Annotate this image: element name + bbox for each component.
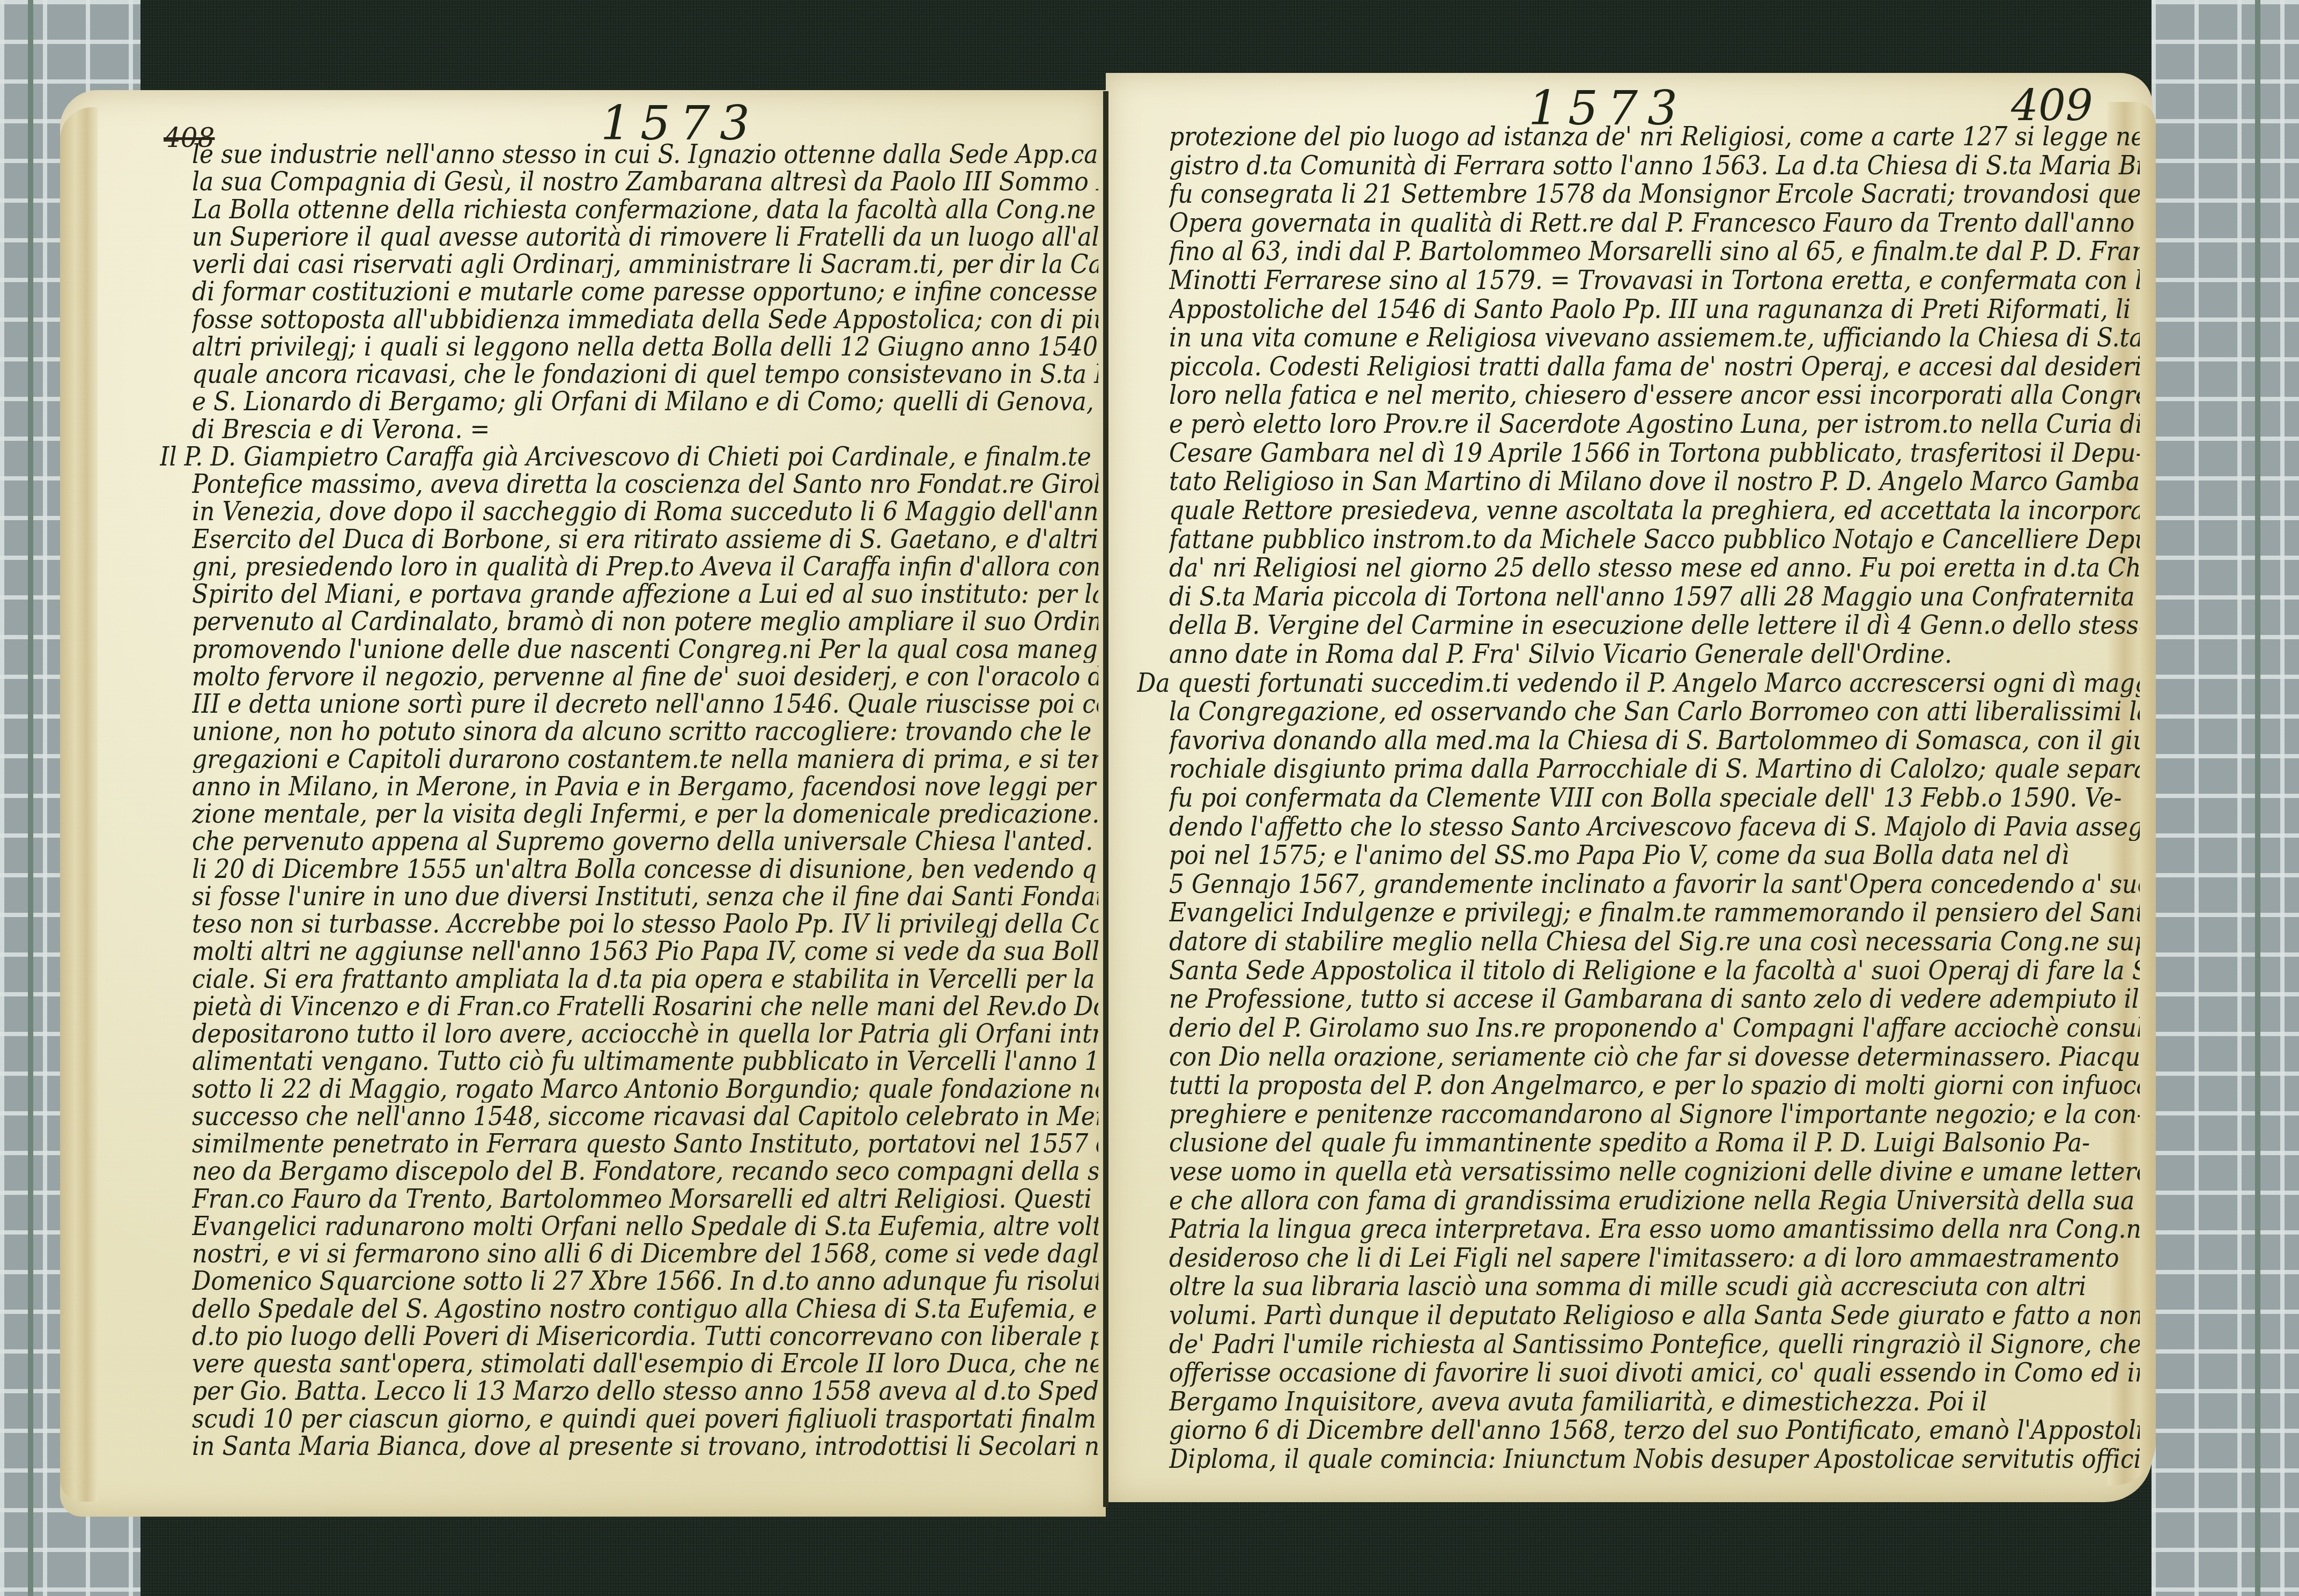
manuscript-line: la Congregazione, ed osservando che San … <box>1169 697 2140 726</box>
manuscript-line: Appostoliche del 1546 di Santo Paolo Pp.… <box>1169 295 2140 324</box>
manuscript-line-text: dendo l'affetto che lo stesso Santo Arci… <box>1169 812 2140 841</box>
manuscript-line-text: tato Religioso in San Martino di Milano … <box>1169 467 2140 496</box>
manuscript-line: offerisse occasione di favorire li suoi … <box>1169 1358 2140 1387</box>
manuscript-line: vese uomo in quella età versatissimo nel… <box>1169 1157 2140 1186</box>
manuscript-line: piccola. Codesti Religiosi tratti dalla … <box>1169 352 2140 381</box>
manuscript-line-text: neo da Bergamo discepolo del B. Fondator… <box>192 1157 1098 1185</box>
manuscript-line: preghiere e penitenze raccomandarono al … <box>1169 1100 2140 1129</box>
manuscript-line-text: in Santa Maria Bianca, dove al presente … <box>192 1432 1098 1460</box>
manuscript-line: datore di stabilire meglio nella Chiesa … <box>1169 927 2140 956</box>
manuscript-line-text: 5 Gennajo 1567, grandemente inclinato a … <box>1169 870 2140 899</box>
manuscript-line-text: datore di stabilire meglio nella Chiesa … <box>1169 927 2140 956</box>
manuscript-line: teso non si turbasse. Accrebbe poi lo st… <box>192 910 1098 937</box>
manuscript-line-text: Il P. D. Giampietro Caraffa già Arcivesc… <box>160 443 1098 470</box>
manuscript-line-text: verli dai casi riservati agli Ordinarj, … <box>192 250 1098 278</box>
manuscript-line-text: Appostoliche del 1546 di Santo Paolo Pp.… <box>1169 295 2140 324</box>
manuscript-line-text: Fran.co Fauro da Trento, Bartolommeo Mor… <box>192 1185 1098 1213</box>
manuscript-line-text: loro nella fatica e nel merito, chiesero… <box>1169 381 2140 410</box>
left-page-edge <box>60 107 98 1502</box>
manuscript-line-text: in una vita comune e Religiosa vivevano … <box>1169 323 2140 352</box>
manuscript-line-text: tutti la proposta del P. don Angelmarco,… <box>1169 1071 2140 1100</box>
manuscript-line: fu consegrata li 21 Settembre 1578 da Mo… <box>1169 180 2140 209</box>
manuscript-line-text: da' nri Religiosi nel giorno 25 dello st… <box>1169 553 2140 582</box>
manuscript-line-text: pietà di Vincenzo e di Fran.co Fratelli … <box>192 993 1098 1020</box>
right-grid-strip <box>2152 0 2299 1596</box>
manuscript-line-text: anno in Milano, in Merone, in Pavia e in… <box>192 773 1098 800</box>
manuscript-line-text: la sua Compagnia di Gesù, il nostro Zamb… <box>192 168 1098 195</box>
manuscript-line: favoriva donando alla med.ma la Chiesa d… <box>1169 726 2140 755</box>
manuscript-line: Spirito del Miani, e portava grande affe… <box>192 580 1098 608</box>
manuscript-line: in una vita comune e Religiosa vivevano … <box>1169 323 2140 352</box>
manuscript-line-text: in Venezia, dove dopo il saccheggio di R… <box>192 498 1098 525</box>
manuscript-line-text: preghiere e penitenze raccomandarono al … <box>1169 1100 2140 1129</box>
manuscript-line-text: fattane pubblico instrom.to da Michele S… <box>1169 525 2140 554</box>
manuscript-line-text: sotto li 22 di Maggio, rogato Marco Anto… <box>192 1075 1098 1103</box>
manuscript-line: promovendo l'unione delle due nascenti C… <box>192 636 1098 663</box>
manuscript-line: quale Rettore presiedeva, venne ascoltat… <box>1169 496 2140 525</box>
manuscript-line: Cesare Gambara nel dì 19 Aprile 1566 in … <box>1169 439 2140 468</box>
manuscript-line: e che allora con fama di grandissima eru… <box>1169 1186 2140 1215</box>
manuscript-line: nostri, e vi si fermarono sino alli 6 di… <box>192 1240 1098 1267</box>
manuscript-line-text: di Brescia e di Verona. = <box>192 416 490 443</box>
left-ruler-line <box>28 0 33 1596</box>
manuscript-line: Evangelici radunarono molti Orfani nello… <box>192 1213 1098 1240</box>
manuscript-line-text: protezione del pio luogo ad istanza de' … <box>1169 122 2140 151</box>
manuscript-line-text: scudi 10 per ciascun giorno, e quindi qu… <box>192 1405 1098 1432</box>
manuscript-line-text: la Congregazione, ed osservando che San … <box>1169 697 2140 726</box>
manuscript-line-text: favoriva donando alla med.ma la Chiesa d… <box>1169 726 2140 755</box>
manuscript-line: Evangelici Indulgenze e privilegj; e fin… <box>1169 898 2140 927</box>
manuscript-line-text: gregazioni e Capitoli durarono costantem… <box>192 745 1098 773</box>
manuscript-line: anno date in Roma dal P. Fra' Silvio Vic… <box>1169 640 2140 669</box>
manuscript-line-text: giorno 6 di Dicembre dell'anno 1568, ter… <box>1169 1416 2140 1445</box>
manuscript-line-text: fu poi confermata da Clemente VIII con B… <box>1169 784 2121 812</box>
manuscript-line: derio del P. Girolamo suo Ins.re propone… <box>1169 1014 2140 1043</box>
right-page-text: protezione del pio luogo ad istanza de' … <box>1169 122 2140 1474</box>
manuscript-line: fu poi confermata da Clemente VIII con B… <box>1169 784 2140 812</box>
manuscript-line-text: si fosse l'unire in uno due diversi Inst… <box>192 883 1098 910</box>
manuscript-line: con Dio nella orazione, seriamente ciò c… <box>1169 1043 2140 1072</box>
manuscript-line-text: quale Rettore presiedeva, venne ascoltat… <box>1169 496 2140 525</box>
manuscript-line-text: alimentati vengano. Tutto ciò fu ultimam… <box>192 1047 1098 1075</box>
manuscript-line: un Superiore il qual avesse autorità di … <box>192 223 1098 250</box>
manuscript-line: Fran.co Fauro da Trento, Bartolommeo Mor… <box>192 1185 1098 1213</box>
manuscript-line: dendo l'affetto che lo stesso Santo Arci… <box>1169 812 2140 841</box>
manuscript-line-text: gni, presiedendo loro in qualità di Prep… <box>192 553 1098 580</box>
manuscript-line: ne Professione, tutto si accese il Gamba… <box>1169 985 2140 1014</box>
manuscript-line: Domenico Squarcione sotto li 27 Xbre 156… <box>192 1267 1098 1295</box>
manuscript-line-text: de' Padri l'umile richiesta al Santissim… <box>1169 1330 2140 1359</box>
manuscript-line-text: fosse sottoposta all'ubbidienza immediat… <box>192 306 1098 333</box>
manuscript-line-text: depositarono tutto il loro avere, accioc… <box>192 1020 1098 1047</box>
manuscript-line: che pervenuto appena al Supremo governo … <box>192 827 1098 855</box>
manuscript-line-text: zione mentale, per la visita degli Infer… <box>192 800 1098 827</box>
book-gutter <box>1103 91 1108 1507</box>
manuscript-line-text: volumi. Partì dunque il deputato Religio… <box>1169 1301 2140 1330</box>
manuscript-line-text: Evangelici Indulgenze e privilegj; e fin… <box>1169 898 2140 927</box>
manuscript-line: dello Spedale del S. Agostino nostro con… <box>192 1295 1098 1322</box>
manuscript-line-text: Opera governata in qualità di Rett.re da… <box>1169 209 2140 238</box>
manuscript-line-text: e che allora con fama di grandissima eru… <box>1169 1186 2134 1215</box>
manuscript-line: le sue industrie nell'anno stesso in cui… <box>192 141 1098 168</box>
manuscript-line: Da questi fortunati succedim.ti vedendo … <box>1137 669 2140 698</box>
manuscript-line-text: La Bolla ottenne della richiesta conferm… <box>192 196 1098 223</box>
manuscript-line-text: rochiale disgiunto prima dalla Parrocchi… <box>1169 755 2140 784</box>
manuscript-line: vere questa sant'opera, stimolati dall'e… <box>192 1350 1098 1377</box>
manuscript-line-text: che pervenuto appena al Supremo governo … <box>192 827 1098 855</box>
manuscript-line-text: Bergamo Inquisitore, aveva avuta familia… <box>1169 1387 1987 1416</box>
manuscript-line: similmente penetrato in Ferrara questo S… <box>192 1130 1098 1157</box>
manuscript-line-text: ciale. Si era frattanto ampliata la d.ta… <box>192 965 1098 993</box>
manuscript-line: Patria la lingua greca interpretava. Era… <box>1169 1215 2140 1244</box>
left-page-text: le sue industrie nell'anno stesso in cui… <box>192 141 1098 1460</box>
manuscript-line-text: poi nel 1575; e l'animo del SS.mo Papa P… <box>1169 841 2069 870</box>
manuscript-line-text: teso non si turbasse. Accrebbe poi lo st… <box>192 910 1098 937</box>
manuscript-line-text: vese uomo in quella età versatissimo nel… <box>1169 1157 2140 1186</box>
manuscript-line-text: d.to pio luogo delli Poveri di Misericor… <box>192 1322 1098 1350</box>
manuscript-line: per Gio. Batta. Lecco li 13 Marzo dello … <box>192 1377 1098 1405</box>
manuscript-line: de' Padri l'umile richiesta al Santissim… <box>1169 1330 2140 1359</box>
manuscript-line: e però eletto loro Prov.re il Sacerdote … <box>1169 410 2140 439</box>
manuscript-line: gni, presiedendo loro in qualità di Prep… <box>192 553 1098 580</box>
manuscript-line: alimentati vengano. Tutto ciò fu ultimam… <box>192 1047 1098 1075</box>
manuscript-line-text: della B. Vergine del Carmine in esecuzio… <box>1169 611 2140 640</box>
manuscript-line: poi nel 1575; e l'animo del SS.mo Papa P… <box>1169 841 2140 870</box>
manuscript-line-text: gistro d.ta Comunità di Ferrara sotto l'… <box>1169 151 2140 180</box>
manuscript-line: scudi 10 per ciascun giorno, e quindi qu… <box>192 1405 1098 1432</box>
manuscript-line-text: Minotti Ferrarese sino al 1579. = Trovav… <box>1169 266 2140 295</box>
manuscript-line: d.to pio luogo delli Poveri di Misericor… <box>192 1322 1098 1350</box>
manuscript-line: ciale. Si era frattanto ampliata la d.ta… <box>192 965 1098 993</box>
manuscript-line-text: derio del P. Girolamo suo Ins.re propone… <box>1169 1014 2140 1043</box>
manuscript-line: depositarono tutto il loro avere, accioc… <box>192 1020 1098 1047</box>
manuscript-line: altri privilegj; i quali si leggono nell… <box>192 333 1098 360</box>
manuscript-line: oltre la sua libraria lasciò una somma d… <box>1169 1272 2140 1301</box>
manuscript-line-text: molti altri ne aggiunse nell'anno 1563 P… <box>192 937 1098 965</box>
manuscript-line-text: Santa Sede Appostolica il titolo di Reli… <box>1169 956 2140 985</box>
manuscript-line-text: Diploma, il quale comincia: Iniunctum No… <box>1169 1445 2140 1474</box>
manuscript-line: III e detta unione sortì pure il decreto… <box>192 690 1098 718</box>
manuscript-line: gistro d.ta Comunità di Ferrara sotto l'… <box>1169 151 2140 180</box>
right-ruler-line <box>2255 0 2260 1596</box>
manuscript-line: Esercito del Duca di Borbone, si era rit… <box>192 526 1098 553</box>
manuscript-line: rochiale disgiunto prima dalla Parrocchi… <box>1169 755 2140 784</box>
manuscript-line: Opera governata in qualità di Rett.re da… <box>1169 209 2140 238</box>
manuscript-line: verli dai casi riservati agli Ordinarj, … <box>192 250 1098 278</box>
manuscript-line-text: Domenico Squarcione sotto li 27 Xbre 156… <box>192 1267 1098 1295</box>
manuscript-line-text: oltre la sua libraria lasciò una somma d… <box>1169 1272 2086 1301</box>
manuscript-line-text: di formar costituzioni e mutarle come pa… <box>192 278 1098 305</box>
manuscript-line: pietà di Vincenzo e di Fran.co Fratelli … <box>192 993 1098 1020</box>
manuscript-line: la sua Compagnia di Gesù, il nostro Zamb… <box>192 168 1098 195</box>
manuscript-line-text: li 20 di Dicembre 1555 un'altra Bolla co… <box>192 855 1098 883</box>
manuscript-line: e S. Lionardo di Bergamo; gli Orfani di … <box>192 388 1098 415</box>
manuscript-line: volumi. Partì dunque il deputato Religio… <box>1169 1301 2140 1330</box>
manuscript-line-text: Cesare Gambara nel dì 19 Aprile 1566 in … <box>1169 439 2140 468</box>
manuscript-line: li 20 di Dicembre 1555 un'altra Bolla co… <box>192 855 1098 883</box>
manuscript-line: si fosse l'unire in uno due diversi Inst… <box>192 883 1098 910</box>
manuscript-line-text: Esercito del Duca di Borbone, si era rit… <box>192 526 1098 553</box>
manuscript-line: molti altri ne aggiunse nell'anno 1563 P… <box>192 937 1098 965</box>
manuscript-line-text: altri privilegj; i quali si leggono nell… <box>192 333 1098 360</box>
manuscript-line: da' nri Religiosi nel giorno 25 dello st… <box>1169 553 2140 582</box>
manuscript-line-text: piccola. Codesti Religiosi tratti dalla … <box>1169 352 2140 381</box>
manuscript-line-text: di S.ta Maria piccola di Tortona nell'an… <box>1169 582 2135 611</box>
manuscript-line: in Venezia, dove dopo il saccheggio di R… <box>192 498 1098 525</box>
manuscript-line-text: le sue industrie nell'anno stesso in cui… <box>192 141 1098 168</box>
manuscript-line-text: e S. Lionardo di Bergamo; gli Orfani di … <box>192 388 1098 415</box>
manuscript-line-text: vere questa sant'opera, stimolati dall'e… <box>192 1350 1098 1377</box>
manuscript-line-text: fino al 63, indi dal P. Bartolommeo Mors… <box>1169 237 2140 266</box>
manuscript-line: Il P. D. Giampietro Caraffa già Arcivesc… <box>160 443 1098 470</box>
manuscript-line: sotto li 22 di Maggio, rogato Marco Anto… <box>192 1075 1098 1103</box>
manuscript-line: neo da Bergamo discepolo del B. Fondator… <box>192 1157 1098 1185</box>
manuscript-line-text: con Dio nella orazione, seriamente ciò c… <box>1169 1043 2140 1072</box>
manuscript-line: fino al 63, indi dal P. Bartolommeo Mors… <box>1169 237 2140 266</box>
manuscript-line: della B. Vergine del Carmine in esecuzio… <box>1169 611 2140 640</box>
manuscript-line: di formar costituzioni e mutarle come pa… <box>192 278 1098 305</box>
manuscript-line: Diploma, il quale comincia: Iniunctum No… <box>1169 1445 2140 1474</box>
manuscript-line: giorno 6 di Dicembre dell'anno 1568, ter… <box>1169 1416 2140 1445</box>
manuscript-line-text: promovendo l'unione delle due nascenti C… <box>192 636 1098 663</box>
manuscript-line-text: fu consegrata li 21 Settembre 1578 da Mo… <box>1169 180 2140 209</box>
manuscript-line: tutti la proposta del P. don Angelmarco,… <box>1169 1071 2140 1100</box>
manuscript-line: tato Religioso in San Martino di Milano … <box>1169 467 2140 496</box>
manuscript-line: fattane pubblico instrom.to da Michele S… <box>1169 525 2140 554</box>
manuscript-line: Pontefice massimo, aveva diretta la cosc… <box>192 470 1098 498</box>
manuscript-line-text: Pontefice massimo, aveva diretta la cosc… <box>192 470 1098 498</box>
manuscript-line-text: anno date in Roma dal P. Fra' Silvio Vic… <box>1169 640 1952 669</box>
manuscript-line: fosse sottoposta all'ubbidienza immediat… <box>192 306 1098 333</box>
manuscript-line-text: pervenuto al Cardinalato, bramò di non p… <box>192 608 1098 635</box>
manuscript-line-text: dello Spedale del S. Agostino nostro con… <box>192 1295 1098 1322</box>
manuscript-line: desideroso che li di Lei Figli nel saper… <box>1169 1244 2140 1273</box>
manuscript-line-text: molto fervore il negozio, pervenne al fi… <box>192 663 1098 690</box>
manuscript-line: loro nella fatica e nel merito, chiesero… <box>1169 381 2140 410</box>
manuscript-line: Santa Sede Appostolica il titolo di Reli… <box>1169 956 2140 985</box>
manuscript-line-text: successo che nell'anno 1548, siccome ric… <box>192 1103 1098 1130</box>
manuscript-line: La Bolla ottenne della richiesta conferm… <box>192 196 1098 223</box>
manuscript-line-text: Evangelici radunarono molti Orfani nello… <box>192 1213 1098 1240</box>
manuscript-line-text: per Gio. Batta. Lecco li 13 Marzo dello … <box>192 1377 1098 1405</box>
manuscript-line: Minotti Ferrarese sino al 1579. = Trovav… <box>1169 266 2140 295</box>
manuscript-line-text: clusione del quale fu immantinente spedi… <box>1169 1128 2090 1157</box>
manuscript-line: 5 Gennajo 1567, grandemente inclinato a … <box>1169 870 2140 899</box>
manuscript-line: gregazioni e Capitoli durarono costantem… <box>192 745 1098 773</box>
manuscript-line: unione, non ho potuto sinora da alcuno s… <box>192 718 1098 745</box>
manuscript-line: Bergamo Inquisitore, aveva avuta familia… <box>1169 1387 2140 1416</box>
manuscript-line-text: Spirito del Miani, e portava grande affe… <box>192 580 1098 608</box>
manuscript-line: clusione del quale fu immantinente spedi… <box>1169 1128 2140 1157</box>
manuscript-line: zione mentale, per la visita degli Infer… <box>192 800 1098 827</box>
manuscript-line-text: similmente penetrato in Ferrara questo S… <box>192 1130 1098 1157</box>
manuscript-line-text: e però eletto loro Prov.re il Sacerdote … <box>1169 410 2140 439</box>
manuscript-line-text: un Superiore il qual avesse autorità di … <box>192 223 1098 250</box>
manuscript-line: di Brescia e di Verona. = <box>192 416 1098 443</box>
manuscript-line: successo che nell'anno 1548, siccome ric… <box>192 1103 1098 1130</box>
manuscript-line-text: desideroso che li di Lei Figli nel saper… <box>1169 1244 2119 1273</box>
manuscript-line-text: Da questi fortunati succedim.ti vedendo … <box>1137 669 2140 698</box>
manuscript-line-text: quale ancora ricavasi, che le fondazioni… <box>192 360 1098 388</box>
manuscript-line: in Santa Maria Bianca, dove al presente … <box>192 1432 1098 1460</box>
manuscript-line-text: offerisse occasione di favorire li suoi … <box>1169 1358 2140 1387</box>
manuscript-line-text: Patria la lingua greca interpretava. Era… <box>1169 1215 2140 1244</box>
manuscript-line-text: III e detta unione sortì pure il decreto… <box>192 690 1098 718</box>
manuscript-line: quale ancora ricavasi, che le fondazioni… <box>192 360 1098 388</box>
manuscript-line: di S.ta Maria piccola di Tortona nell'an… <box>1169 582 2140 611</box>
manuscript-line: protezione del pio luogo ad istanza de' … <box>1169 122 2140 151</box>
manuscript-line-text: nostri, e vi si fermarono sino alli 6 di… <box>192 1240 1098 1267</box>
manuscript-line: pervenuto al Cardinalato, bramò di non p… <box>192 608 1098 635</box>
manuscript-line: molto fervore il negozio, pervenne al fi… <box>192 663 1098 690</box>
manuscript-line-text: ne Professione, tutto si accese il Gamba… <box>1169 985 2140 1014</box>
manuscript-line: anno in Milano, in Merone, in Pavia e in… <box>192 773 1098 800</box>
manuscript-line-text: unione, non ho potuto sinora da alcuno s… <box>192 718 1098 745</box>
